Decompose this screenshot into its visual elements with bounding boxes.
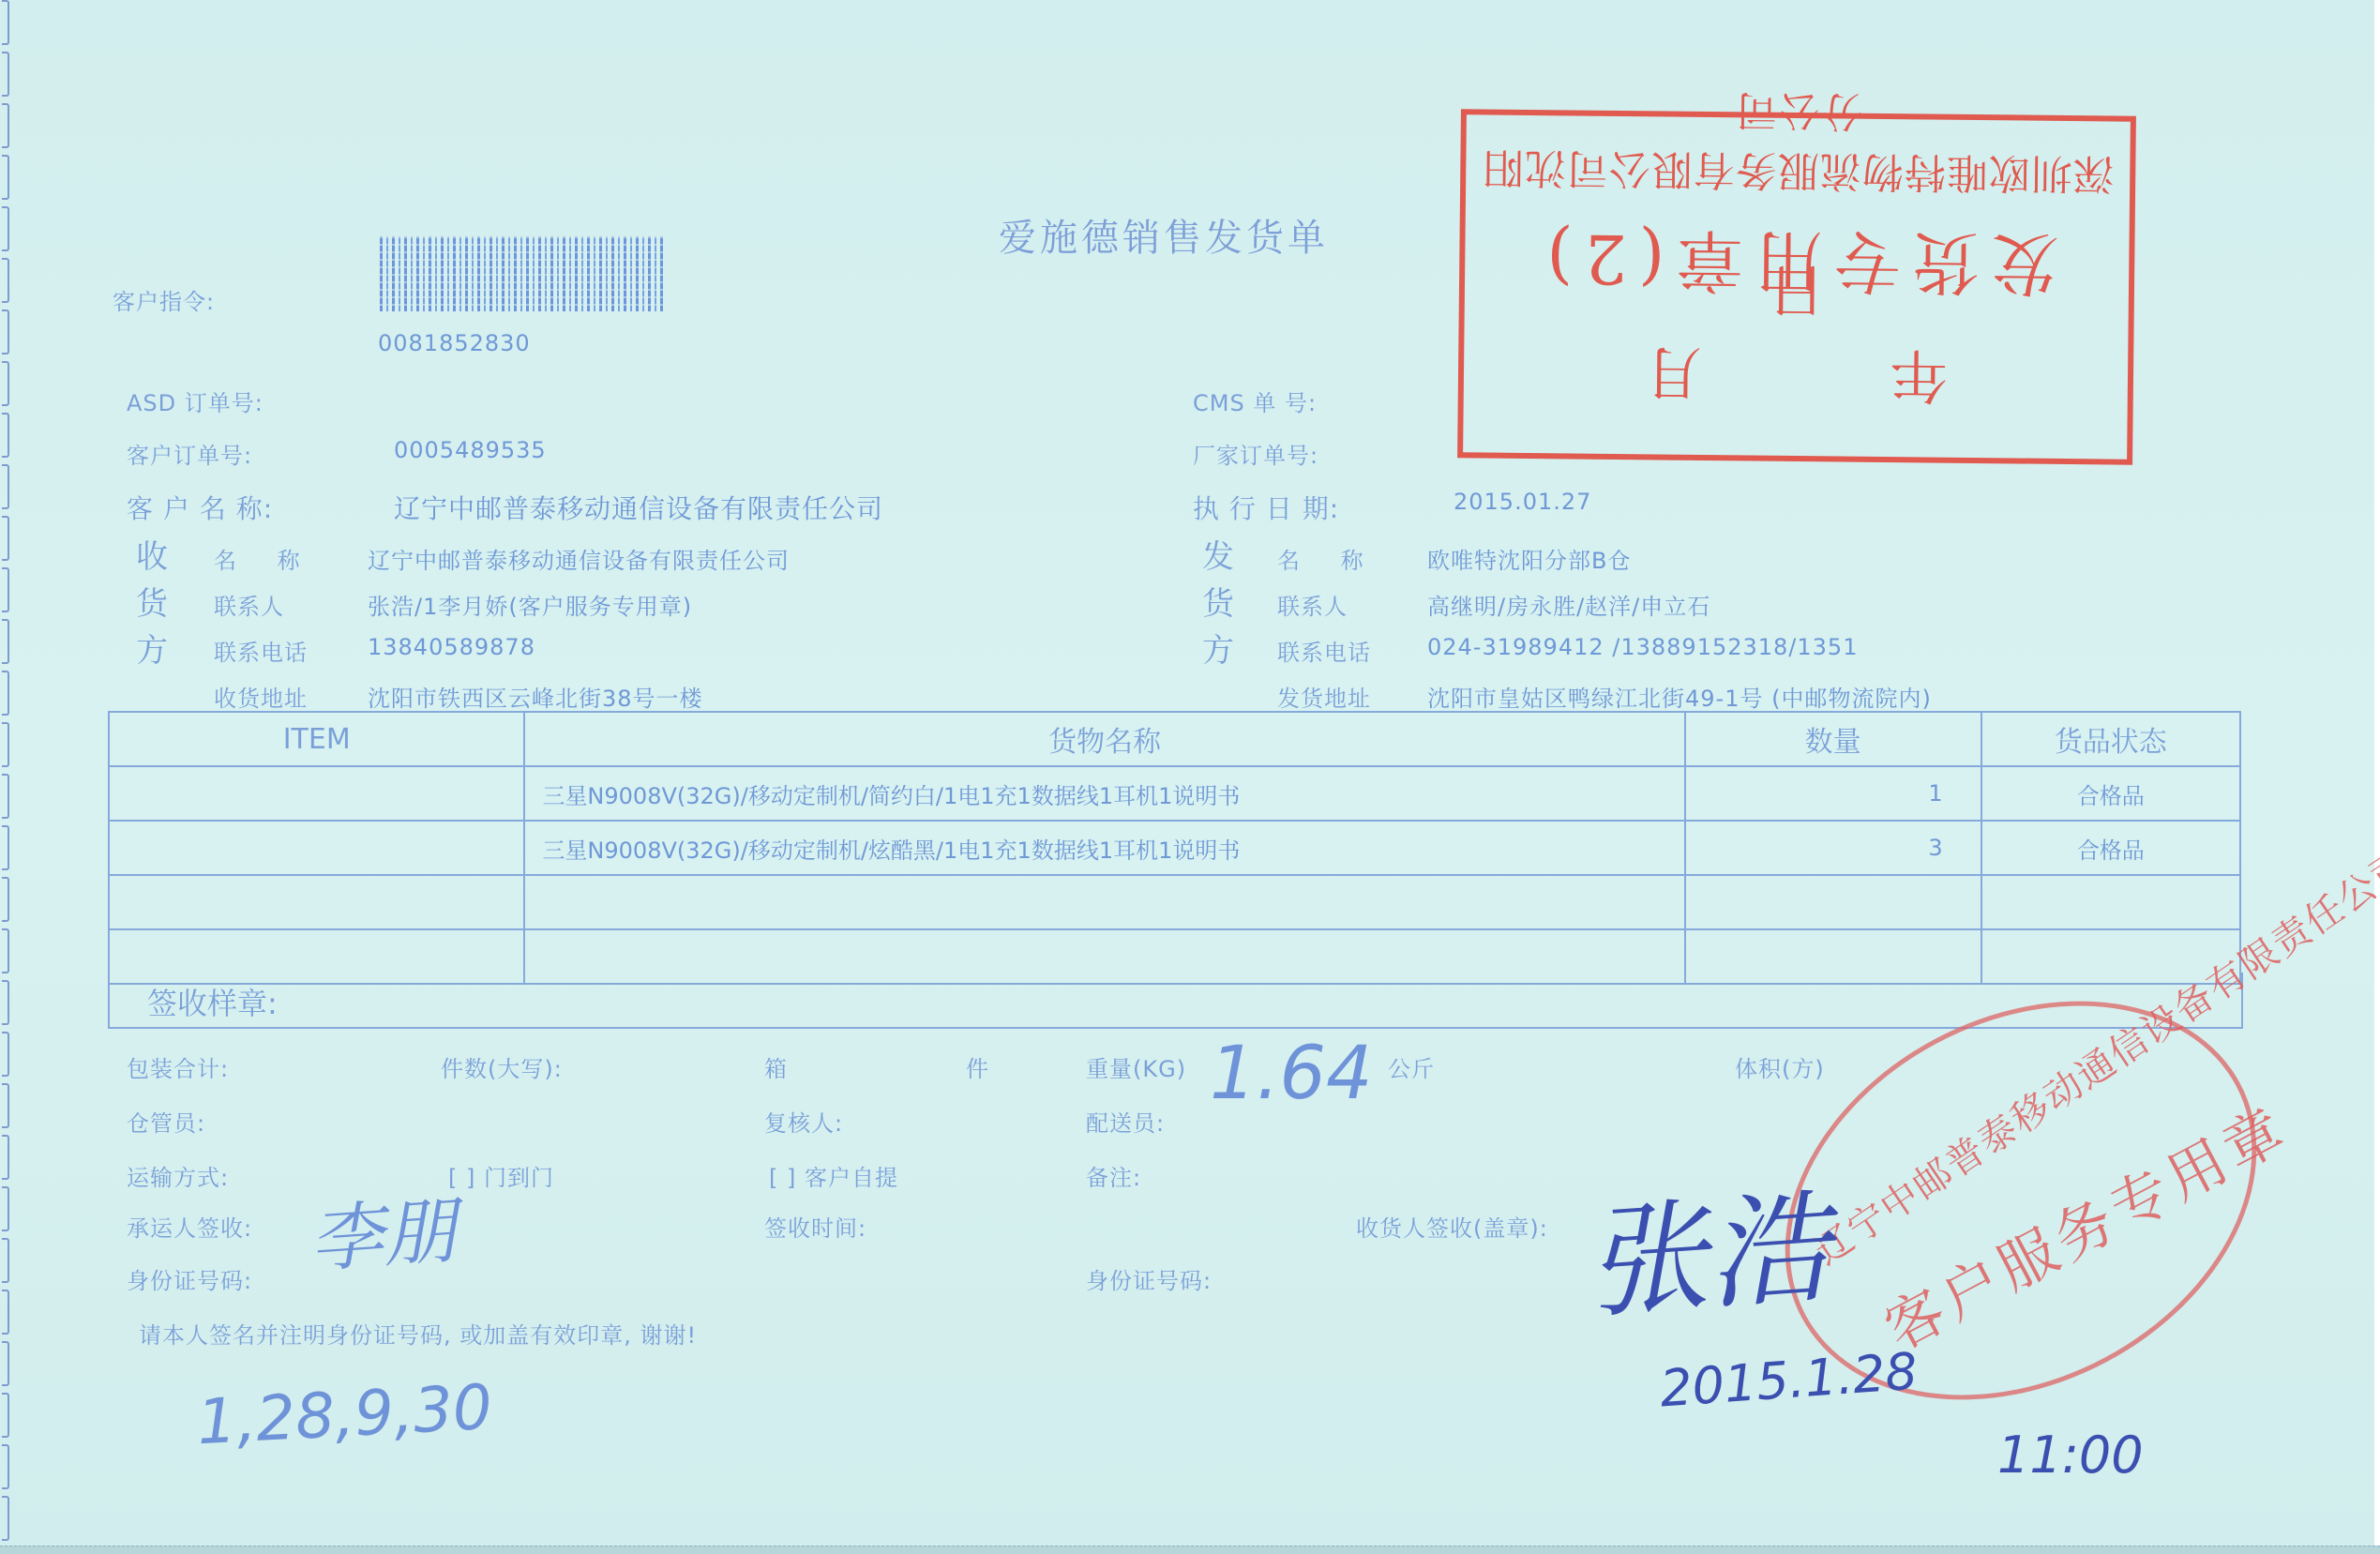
document-title: 爱施德销售发货单 <box>999 208 1329 262</box>
shipper-name-value: 欧唯特沈阳分部B仓 <box>1427 542 1631 575</box>
id-number-label-left: 身份证号码: <box>127 1262 252 1295</box>
piece-count-label: 件数(大写): <box>441 1050 563 1083</box>
receiver-side-char-1: 收 <box>136 531 169 577</box>
header-goods-name: 货物名称 <box>524 712 1684 766</box>
signature-notice: 请本人签名并注明身份证号码, 或加盖有效印章, 谢谢! <box>139 1317 697 1350</box>
consignee-sign-label: 收货人签收(盖章): <box>1356 1210 1548 1243</box>
handwritten-left-time: 1,28,9,30 <box>195 1371 493 1458</box>
shipper-phone-value: 024-31989412 /13889152318/1351 <box>1427 634 1858 660</box>
cell-status: 合格品 <box>1981 821 2240 875</box>
warehouse-keeper-label: 仓管员: <box>127 1105 205 1138</box>
header-quantity: 数量 <box>1685 712 1981 766</box>
cell-quantity <box>1685 875 1981 929</box>
receiver-address-label: 收货地址 <box>214 680 308 713</box>
asd-order-label: ASD 订单号: <box>127 385 264 417</box>
paper-tear-edge <box>0 1546 2380 1554</box>
table-header-row: ITEM 货物名称 数量 货品状态 <box>109 712 2240 766</box>
weight-label: 重量(KG) <box>1086 1050 1186 1083</box>
weight-unit: 公斤 <box>1388 1050 1435 1083</box>
cell-item <box>109 766 524 821</box>
receiver-name-label: 名 称 <box>214 542 317 575</box>
remarks-label: 备注: <box>1086 1159 1141 1192</box>
reviewer-label: 复核人: <box>764 1105 843 1138</box>
items-table: ITEM 货物名称 数量 货品状态 三星N9008V(32G)/移动定制机/简约… <box>108 711 2241 985</box>
exec-date-value: 2015.01.27 <box>1454 489 1591 515</box>
receiver-phone-value: 13840589878 <box>368 634 535 660</box>
shipper-side-char-1: 发 <box>1202 531 1235 577</box>
transport-label: 运输方式: <box>127 1159 229 1192</box>
weight-value: 1.64 <box>1210 1032 1373 1116</box>
shipper-contact-label: 联系人 <box>1277 588 1348 621</box>
table-row: 三星N9008V(32G)/移动定制机/炫酷黑/1电1充1数据线1耳机1说明书 … <box>109 821 2240 875</box>
table-row <box>109 875 2240 929</box>
vendor-order-label: 厂家订单号: <box>1193 437 1318 470</box>
barcode-number: 0081852830 <box>378 330 531 356</box>
shipper-side-char-2: 货 <box>1202 578 1235 624</box>
customer-name-label: 客 户 名 称: <box>127 489 273 526</box>
cell-item <box>109 821 524 875</box>
receiver-side-char-2: 货 <box>136 578 169 624</box>
paper-edge <box>2374 0 2380 1554</box>
cell-quantity: 1 <box>1685 766 1981 821</box>
box-label: 箱 <box>764 1050 788 1083</box>
cell-goods-name <box>524 875 1684 929</box>
cell-status: 合格品 <box>1981 766 2240 821</box>
sign-sample-label: 签收样章: <box>147 980 278 1023</box>
receiver-address-value: 沈阳市铁西区云峰北街38号一楼 <box>368 680 703 713</box>
table-row: 三星N9008V(32G)/移动定制机/简约白/1电1充1数据线1耳机1说明书 … <box>109 766 2240 821</box>
receiver-phone-label: 联系电话 <box>214 634 308 667</box>
shipper-address-label: 发货地址 <box>1277 680 1371 713</box>
cell-quantity: 3 <box>1685 821 1981 875</box>
receiver-side-char-3: 方 <box>136 625 169 671</box>
shipper-contact-value: 高继明/房永胜/赵洋/申立石 <box>1427 588 1710 621</box>
customer-order-value: 0005489535 <box>394 437 547 463</box>
cell-status <box>1981 875 2240 929</box>
customer-order-label: 客户订单号: <box>127 437 252 470</box>
option-customer-pickup[interactable]: [ ] 客户自提 <box>769 1159 898 1192</box>
shipper-phone-label: 联系电话 <box>1277 634 1371 667</box>
cms-label: CMS 单 号: <box>1193 385 1317 417</box>
shipper-side-char-3: 方 <box>1202 625 1235 671</box>
handwritten-time: 11:00 <box>1997 1426 2144 1485</box>
sign-time-label: 签收时间: <box>764 1210 866 1243</box>
id-number-label-right: 身份证号码: <box>1086 1262 1212 1295</box>
sign-sample-box: 签收样章: <box>108 973 2243 1029</box>
volume-label: 体积(方) <box>1735 1050 1825 1083</box>
piece-label: 件 <box>966 1050 989 1083</box>
customer-name-value: 辽宁中邮普泰移动通信设备有限责任公司 <box>394 489 883 526</box>
receiver-contact-value: 张浩/1李月娇(客户服务专用章) <box>368 588 692 621</box>
deliverer-label: 配送员: <box>1086 1105 1165 1138</box>
header-item: ITEM <box>109 712 524 766</box>
cell-goods-name: 三星N9008V(32G)/移动定制机/炫酷黑/1电1充1数据线1耳机1说明书 <box>524 821 1684 875</box>
consignee-signature: 张浩 <box>1579 1150 1834 1342</box>
package-total-label: 包装合计: <box>127 1050 229 1083</box>
barcode <box>380 236 667 311</box>
header-status: 货品状态 <box>1981 712 2240 766</box>
carrier-sign-label: 承运人签收: <box>127 1210 252 1243</box>
exec-date-label: 执 行 日 期: <box>1193 489 1339 526</box>
shipper-name-label: 名 称 <box>1277 542 1380 575</box>
stamp-company: 深圳欧唯特物流服务有限公司沈阳分公司 <box>1466 81 2131 207</box>
stamp-purpose: 发货专用章(2) <box>1465 214 2130 318</box>
option-door-to-door[interactable]: [ ] 门到门 <box>448 1159 554 1192</box>
customer-instruction-label: 客户指令: <box>113 283 215 316</box>
cell-item <box>109 875 524 929</box>
receiver-contact-label: 联系人 <box>214 588 284 621</box>
receiver-name-value: 辽宁中邮普泰移动通信设备有限责任公司 <box>368 542 790 575</box>
shipper-stamp: 年 月 日 发货专用章(2) 深圳欧唯特物流服务有限公司沈阳分公司 <box>1457 109 2136 465</box>
shipper-address-value: 沈阳市皇姑区鸭绿江北街49-1号 (中邮物流院内) <box>1427 680 1932 713</box>
carrier-signature: 李朋 <box>306 1172 459 1288</box>
cell-goods-name: 三星N9008V(32G)/移动定制机/简约白/1电1充1数据线1耳机1说明书 <box>524 766 1684 821</box>
